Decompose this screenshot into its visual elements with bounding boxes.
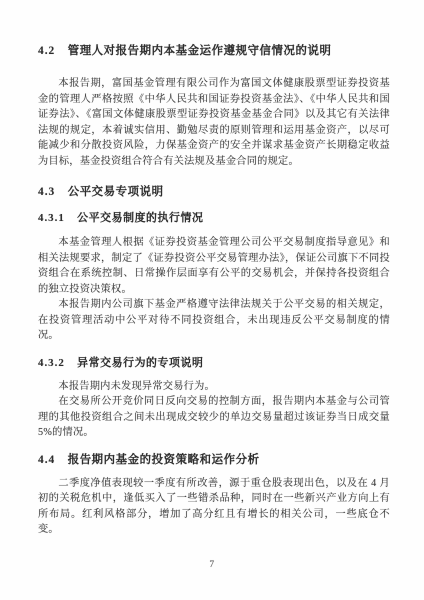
section-heading-4-2: 4.2 管理人对报告期内本基金运作遵规守信情况的说明 — [38, 44, 390, 58]
paragraph-investment-strategy-analysis: 二季度净值表现较一季度有所改善，源于重仓股表现出色，以及在 4 月初的关税危机中… — [38, 476, 390, 538]
section-heading-4-3: 4.3 公平交易专项说明 — [38, 185, 390, 199]
section-heading-4-4: 4.4 报告期内基金的投资策略和运作分析 — [38, 453, 390, 467]
paragraph-abnormal-trading-none: 本报告期内未发现异常交易行为。 — [38, 379, 390, 395]
page-content: 4.2 管理人对报告期内本基金运作遵规守信情况的说明 本报告期，富国基金管理有限… — [0, 0, 424, 538]
section-title: 公平交易专项说明 — [68, 186, 164, 198]
section-title: 公平交易制度的执行情况 — [77, 212, 203, 224]
document-page: 4.2 管理人对报告期内本基金运作遵规守信情况的说明 本报告期，富国基金管理有限… — [0, 0, 424, 600]
page-number: 7 — [0, 560, 424, 570]
paragraph-compliance-statement: 本报告期，富国基金管理有限公司作为富国文体健康股票型证券投资基金的管理人严格按照… — [38, 76, 390, 169]
paragraph-fair-trade-compliance: 本报告期内公司旗下基金严格遵守法律法规关于公平交易的相关规定，在投资管理活动中公… — [38, 297, 390, 344]
section-number: 4.3.1 — [38, 212, 65, 224]
section-heading-4-3-2: 4.3.2 异常交易行为的专项说明 — [38, 356, 390, 370]
section-heading-4-3-1: 4.3.1 公平交易制度的执行情况 — [38, 211, 390, 225]
section-number: 4.2 — [38, 45, 55, 57]
section-number: 4.4 — [38, 454, 55, 466]
section-title: 报告期内基金的投资策略和运作分析 — [68, 454, 260, 466]
section-number: 4.3.2 — [38, 357, 65, 369]
section-title: 异常交易行为的专项说明 — [77, 357, 203, 369]
section-number: 4.3 — [38, 186, 55, 198]
paragraph-fair-trade-system: 本基金管理人根据《证券投资基金管理公司公平交易制度指导意见》和相关法规要求，制定… — [38, 235, 390, 297]
section-title: 管理人对报告期内本基金运作遵规守信情况的说明 — [68, 45, 332, 57]
paragraph-reverse-trading-control: 在交易所公开竞价同日反向交易的控制方面，报告期内本基金与公司管理的其他投资组合之… — [38, 394, 390, 441]
